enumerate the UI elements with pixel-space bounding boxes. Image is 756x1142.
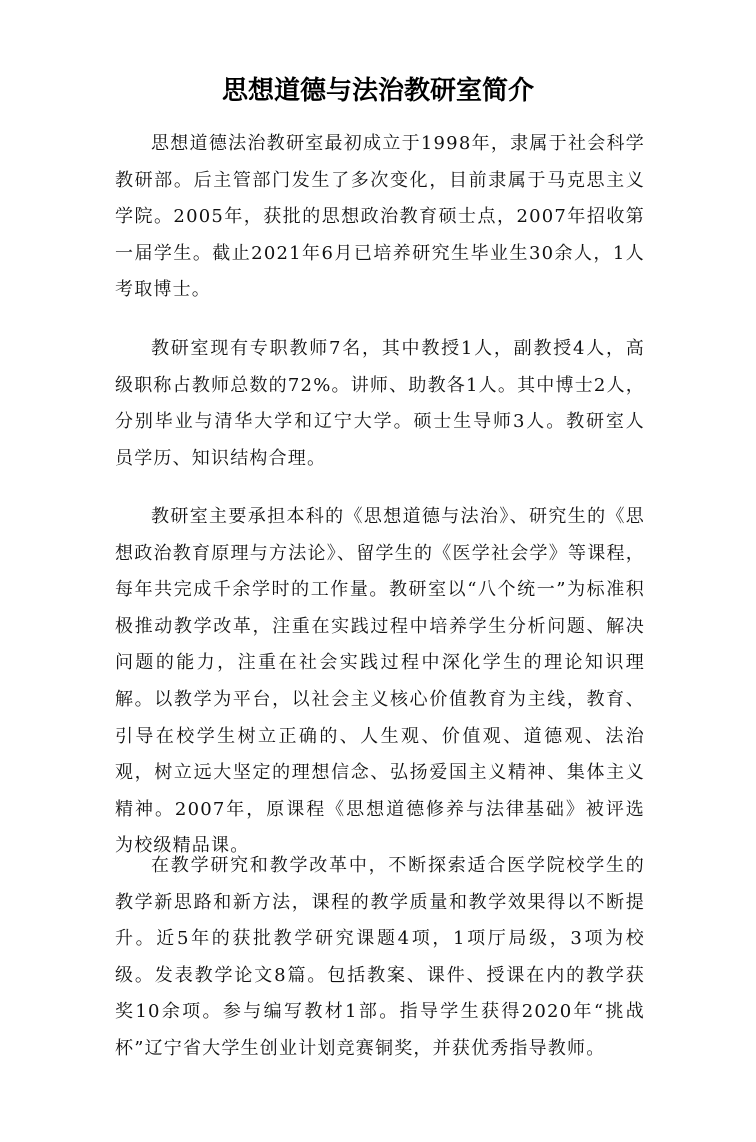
- paragraph-courses: 教研室主要承担本科的《思想道德与法治》、研究生的《思想政治教育原理与方法论》、留…: [115, 499, 645, 865]
- paragraph-research: 在教学研究和教学改革中，不断探索适合医学院校学生的教学新思路和新方法，课程的教学…: [115, 848, 645, 1068]
- document-page: 思想道德与法治教研室简介 思想道德法治教研室最初成立于1998年，隶属于社会科学…: [0, 0, 756, 1142]
- document-title: 思想道德与法治教研室简介: [0, 70, 756, 107]
- paragraph-staff: 教研室现有专职教师7名，其中教授1人，副教授4人，高级职称占教师总数的72%。讲…: [115, 331, 645, 477]
- paragraph-history: 思想道德法治教研室最初成立于1998年，隶属于社会科学教研部。后主管部门发生了多…: [115, 126, 645, 309]
